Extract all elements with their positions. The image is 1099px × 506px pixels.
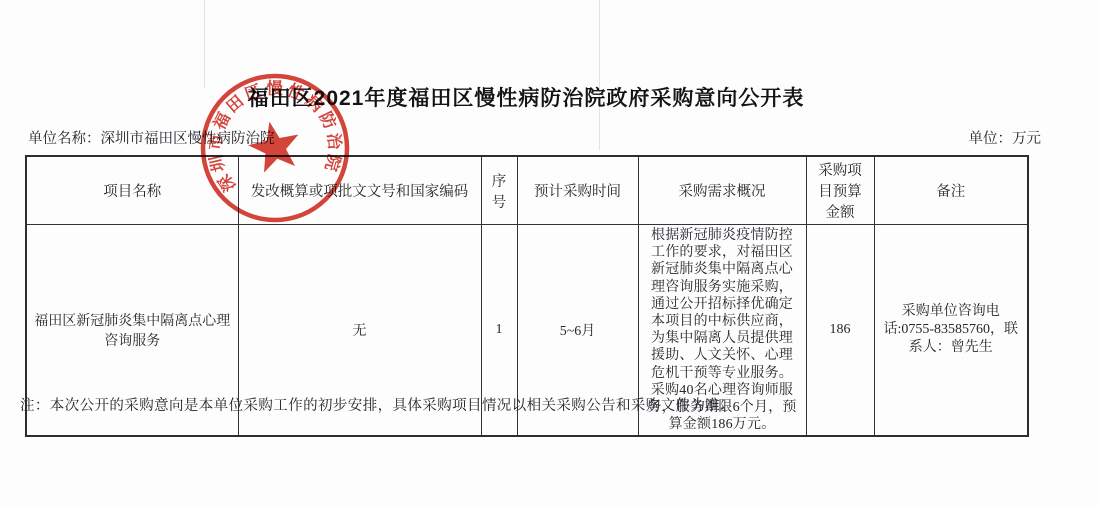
footnote: 注：本次公开的采购意向是本单位采购工作的初步安排，具体采购项目情况以相关采购公告… xyxy=(20,394,1060,415)
col-header-remarks: 备注 xyxy=(874,156,1028,225)
page-title: 福田区2021年度福田区慢性病防治院政府采购意向公开表 xyxy=(25,82,1027,112)
unit-currency: 单位：万元 xyxy=(969,127,1042,148)
col-header-budget: 采购项目预算金额 xyxy=(806,156,874,225)
scan-artifact-line xyxy=(204,0,205,88)
col-header-purchase-time: 预计采购时间 xyxy=(517,156,638,225)
document-page: 福田区2021年度福田区慢性病防治院政府采购意向公开表 单位名称：深圳市福田区慢… xyxy=(0,0,1099,506)
unit-name: 单位名称：深圳市福田区慢性病防治院 xyxy=(28,127,275,148)
header-row: 项目名称 发改概算或项批文文号和国家编码 序号 预计采购时间 采购需求概况 采购… xyxy=(26,156,1028,225)
col-header-approval-doc: 发改概算或项批文文号和国家编码 xyxy=(238,156,481,225)
col-header-demand-summary: 采购需求概况 xyxy=(638,156,806,225)
col-header-seq: 序号 xyxy=(481,156,517,225)
meta-row: 单位名称：深圳市福田区慢性病防治院 单位：万元 xyxy=(28,127,1041,148)
col-header-project-name: 项目名称 xyxy=(26,156,238,225)
